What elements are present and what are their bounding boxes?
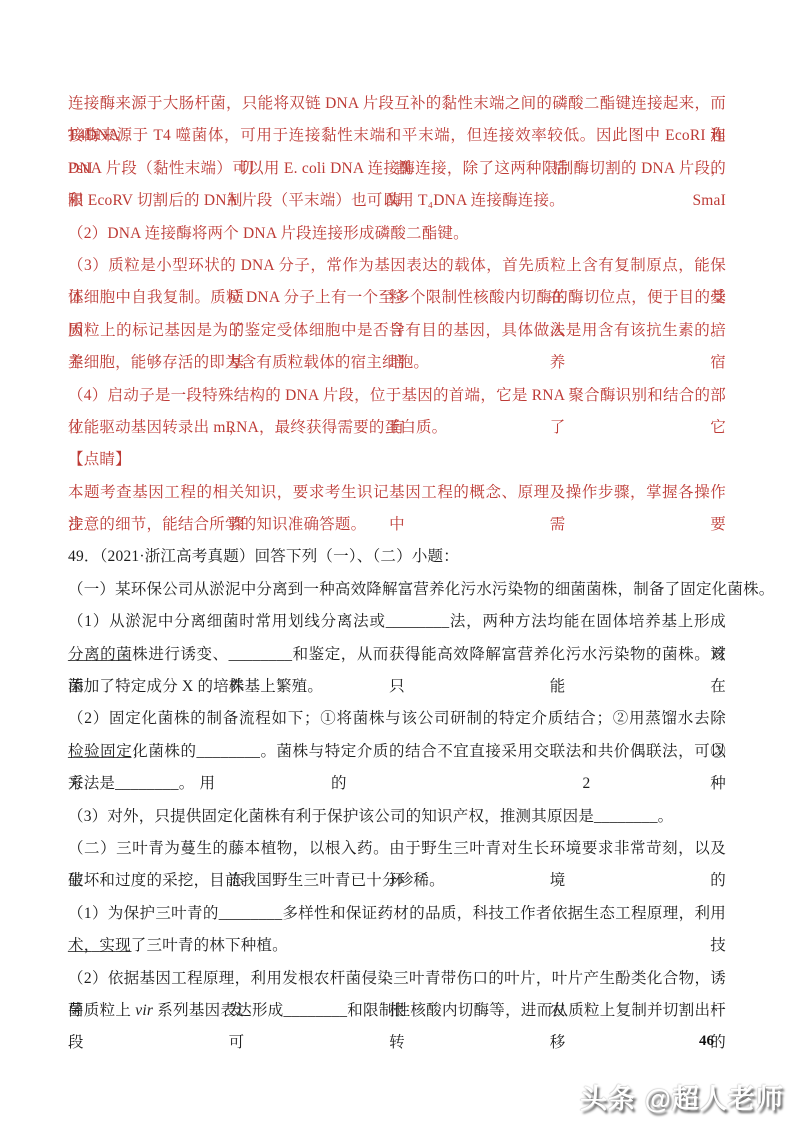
- watermark-text: 头条 @超人老师: [580, 1077, 784, 1116]
- text-line: 【点睛】: [68, 444, 726, 476]
- text-line: 分离的菌株进行诱变、________和鉴定，从而获得能高效降解富营养化污水污染物…: [68, 639, 726, 671]
- text-line: （3）对外，只提供固定化菌株有利于保护该公司的知识产权，推测其原因是______…: [68, 801, 726, 833]
- text-line: （2）依据基因工程原理，利用发根农杆菌侵染三叶青带伤口的叶片，叶片产生酚类化合物…: [68, 963, 726, 995]
- text-line: 质粒上的标记基因是为了鉴定受体细胞中是否含有目的基因，具体做法是用含有该抗生素的…: [68, 315, 726, 347]
- text-segment: 才能驱动基因转录出 mRNA，最终获得需要的蛋白质。: [68, 419, 447, 436]
- text-line: （3）质粒是小型环状的 DNA 分子，常作为基因表达的载体，首先质粒上含有复制原…: [68, 250, 726, 282]
- text-line: （2）DNA 连接酶将两个 DNA 片段连接形成磷酸二酯键。: [68, 218, 726, 250]
- text-segment: 注意的细节，能结合所学的知识准确答题。: [68, 516, 366, 533]
- text-line: （1）为保护三叶青的________多样性和保证药材的品质，科技工作者依据生态工…: [68, 898, 726, 930]
- text-segment: 49．（2021·浙江高考真题）回答下列（一）、（二）小题：: [68, 548, 459, 565]
- text-segment: 术，实现了三叶青的林下种植。: [68, 937, 288, 954]
- text-line: 体细胞中自我复制。质粒 DNA 分子上有一个至多个限制性核酸内切酶的酶切位点，便…: [68, 282, 726, 314]
- text-line: 检验固定化菌株的________。菌株与特定介质的结合不宜直接采用交联法和共价偶…: [68, 736, 726, 768]
- text-segment: 方法是________。: [68, 775, 194, 792]
- text-segment: 系列基因表达形成________和限制性核酸内切酶等，进而从质粒上复制并切割出一…: [68, 1002, 726, 1051]
- text-line: 接酶来源于 T4 噬菌体，可用于连接黏性末端和平末端，但连接效率较低。因此图中 …: [68, 120, 726, 152]
- text-line: （二）三叶青为蔓生的藤本植物，以根入药。由于野生三叶青对生长环境要求非常苛刻，以…: [68, 833, 726, 865]
- text-line: 连接酶来源于大肠杆菌，只能将双链 DNA 片段互补的黏性末端之间的磷酸二酯键连接…: [68, 88, 726, 120]
- text-segment: （一）某环保公司从淤泥中分离到一种高效降解富营养化污水污染物的细菌菌株，制备了固…: [68, 581, 775, 598]
- document-page: 连接酶来源于大肠杆菌，只能将双链 DNA 片段互补的黏性末端之间的磷酸二酯键连接…: [0, 0, 794, 1123]
- text-line: 本题考查基因工程的相关知识，要求考生识记基因工程的概念、原理及操作步骤，掌握各操…: [68, 477, 726, 509]
- text-segment: 添加了特定成分 X 的培养基上繁殖。: [68, 678, 323, 695]
- text-line: 菌质粒上 vir 系列基因表达形成________和限制性核酸内切酶等，进而从质…: [68, 995, 726, 1027]
- text-segment: 主细胞，能够存活的即为含有质粒载体的宿主细胞。: [68, 354, 429, 371]
- page-number: 46: [699, 1033, 714, 1050]
- text-segment: 和 EcoRV 切割后的 DNA 片段（平末端）也可以用 T₄DNA 连接酶连接…: [68, 192, 565, 209]
- text-segment: 菌质粒上: [68, 1002, 135, 1019]
- text-line: DNA 片段（黏性末端）可以用 E. coli DNA 连接酶连接，除了这两种限…: [68, 153, 726, 185]
- text-line: （一）某环保公司从淤泥中分离到一种高效降解富营养化污水污染物的细菌菌株，制备了固…: [68, 574, 726, 606]
- text-line: （2）固定化菌株的制备流程如下；①将菌株与该公司研制的特定介质结合；②用蒸馏水去…: [68, 703, 726, 735]
- document-lines: 连接酶来源于大肠杆菌，只能将双链 DNA 片段互补的黏性末端之间的磷酸二酯键连接…: [68, 88, 726, 1027]
- text-segment: 破坏和过度的采挖，目前我国野生三叶青已十分珍稀。: [68, 872, 445, 889]
- text-segment: （3）对外，只提供固定化菌株有利于保护该公司的知识产权，推测其原因是______…: [68, 808, 673, 825]
- text-line: （1）从淤泥中分离细菌时常用划线分离法或________法，两种方法均能在固体培…: [68, 606, 726, 638]
- text-segment: （2）DNA 连接酶将两个 DNA 片段连接形成磷酸二酯键。: [68, 225, 469, 242]
- text-line: （4）启动子是一段特殊结构的 DNA 片段，位于基因的首端，它是 RNA 聚合酶…: [68, 380, 726, 412]
- text-segment: 【点睛】: [68, 451, 131, 468]
- italic-text-segment: vir: [135, 1002, 153, 1019]
- text-line: 49．（2021·浙江高考真题）回答下列（一）、（二）小题：: [68, 541, 726, 573]
